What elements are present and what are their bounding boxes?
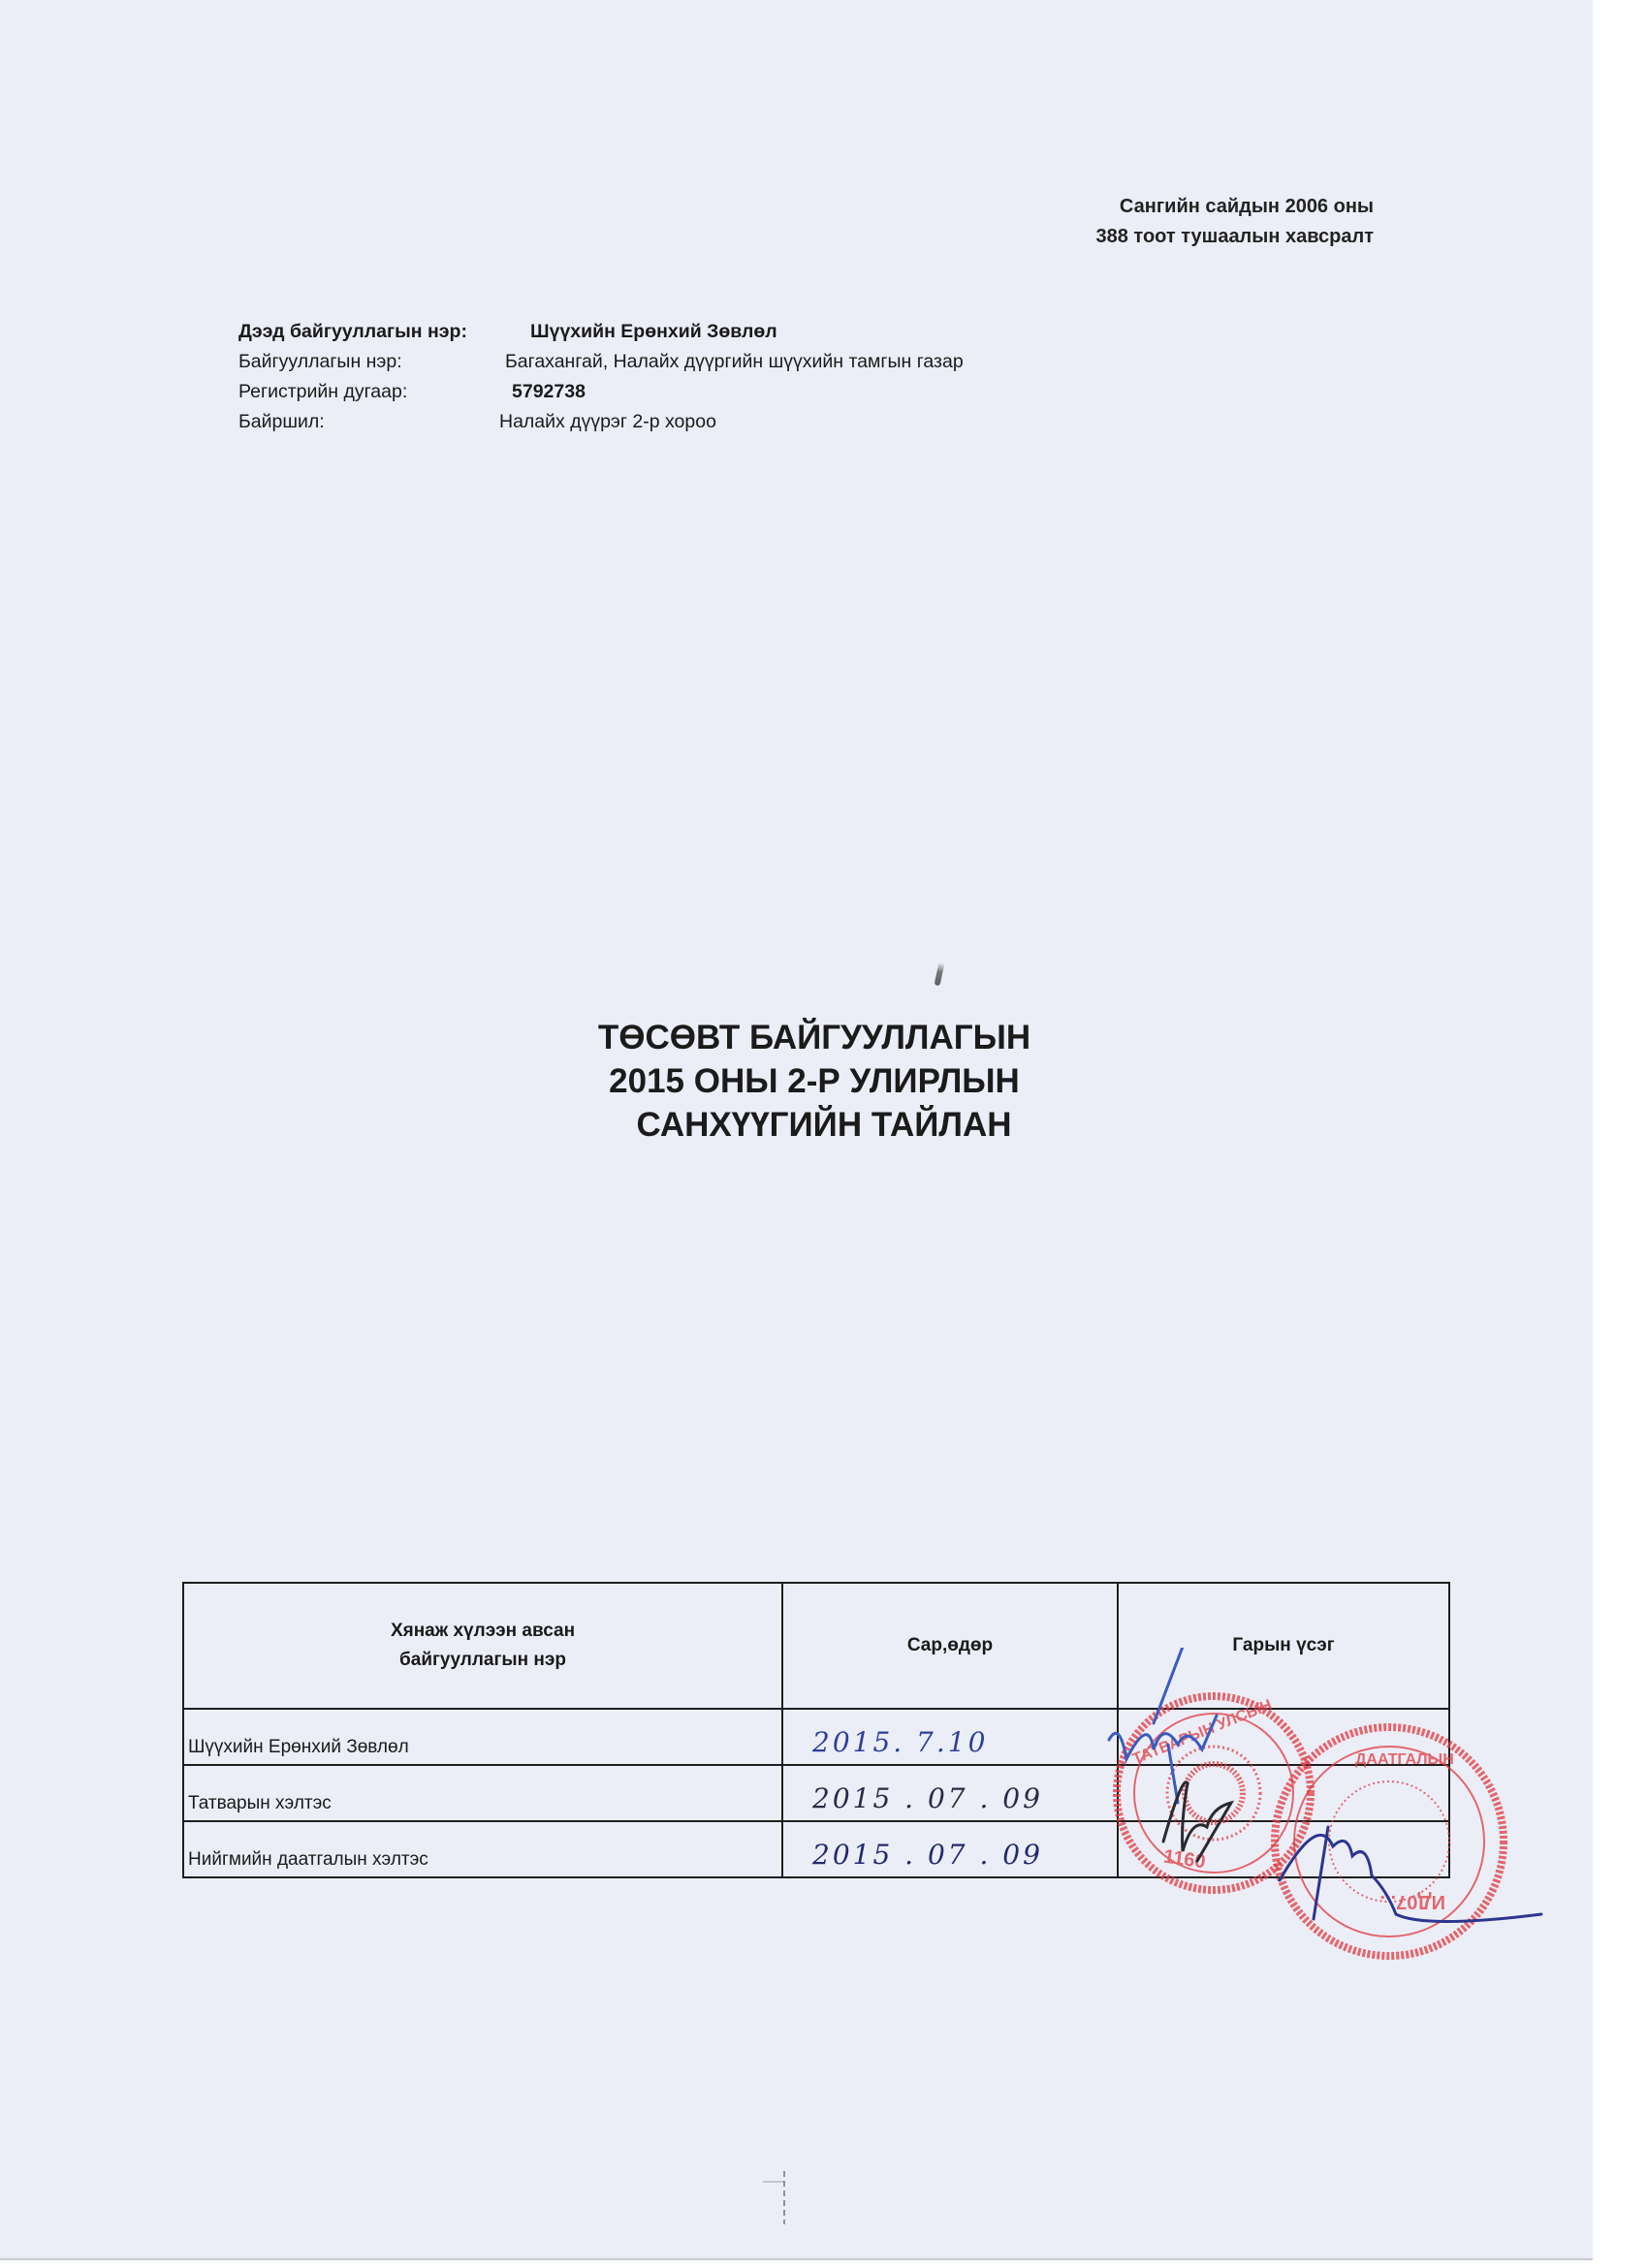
table-row: Шүүхийн Ерөнхий Зөвлөл 2015. 7.10 xyxy=(183,1709,1449,1765)
header-date: Сар,өдөр xyxy=(782,1583,1118,1709)
row-organization: Нийгмийн даатгалын хэлтэс xyxy=(183,1821,782,1877)
fold-mark xyxy=(783,2171,785,2224)
org-value: Налайх дүүрэг 2-р хороо xyxy=(499,407,716,437)
report-title: ТӨСӨВТ БАЙГУУЛЛАГЫН 2015 ОНЫ 2-Р УЛИРЛЫН… xyxy=(543,1016,1086,1147)
scan-mark xyxy=(763,2181,784,2183)
org-label: Дээд байгууллагын нэр: xyxy=(238,317,467,347)
org-label: Байгууллагын нэр: xyxy=(238,347,402,377)
org-value: 5792738 xyxy=(512,377,586,407)
row-signature xyxy=(1118,1821,1449,1877)
svg-text:ИД07...: ИД07... xyxy=(1379,1891,1445,1912)
row-signature xyxy=(1118,1765,1449,1821)
approval-line-2: 388 тоот тушаалын хавсралт xyxy=(1095,222,1374,252)
handwritten-date: 2015 . 07 . 09 xyxy=(812,1782,1043,1814)
document-page: Сангийн сайдын 2006 оны 388 тоот тушаалы… xyxy=(0,0,1593,2260)
org-value: Багахангай, Налайх дүүргийн шүүхийн тамг… xyxy=(505,347,964,377)
row-organization: Шүүхийн Ерөнхий Зөвлөл xyxy=(183,1709,782,1765)
org-value: Шүүхийн Ерөнхий Зөвлөл xyxy=(530,317,777,347)
title-line-2: 2015 ОНЫ 2-Р УЛИРЛЫН xyxy=(543,1059,1086,1103)
row-date: 2015. 7.10 xyxy=(782,1709,1118,1765)
org-label: Байршил: xyxy=(238,407,325,437)
table-row: Нийгмийн даатгалын хэлтэс 2015 . 07 . 09 xyxy=(183,1821,1449,1877)
header-signature: Гарын үсэг xyxy=(1118,1583,1449,1709)
row-date: 2015 . 07 . 09 xyxy=(782,1821,1118,1877)
table-row: Татварын хэлтэс 2015 . 07 . 09 xyxy=(183,1765,1449,1821)
row-date: 2015 . 07 . 09 xyxy=(782,1765,1118,1821)
handwritten-date: 2015. 7.10 xyxy=(812,1726,988,1758)
approval-reference: Сангийн сайдын 2006 оны 388 тоот тушаалы… xyxy=(1095,192,1374,252)
handwritten-date: 2015 . 07 . 09 xyxy=(812,1839,1043,1871)
title-line-1: ТӨСӨВТ БАЙГУУЛЛАГЫН xyxy=(543,1016,1086,1059)
org-label: Регистрийн дугаар: xyxy=(238,377,407,407)
row-signature xyxy=(1118,1709,1449,1765)
review-table-header: Хянаж хүлээн авсан байгууллагын нэр Сар,… xyxy=(183,1583,1449,1709)
pen-mark xyxy=(935,962,945,987)
approval-line-1: Сангийн сайдын 2006 оны xyxy=(1095,192,1374,222)
review-table: Хянаж хүлээн авсан байгууллагын нэр Сар,… xyxy=(182,1582,1450,1878)
title-line-3: САНХҮҮГИЙН ТАЙЛАН xyxy=(543,1103,1086,1147)
header-organization: Хянаж хүлээн авсан байгууллагын нэр xyxy=(183,1583,782,1709)
row-organization: Татварын хэлтэс xyxy=(183,1765,782,1821)
